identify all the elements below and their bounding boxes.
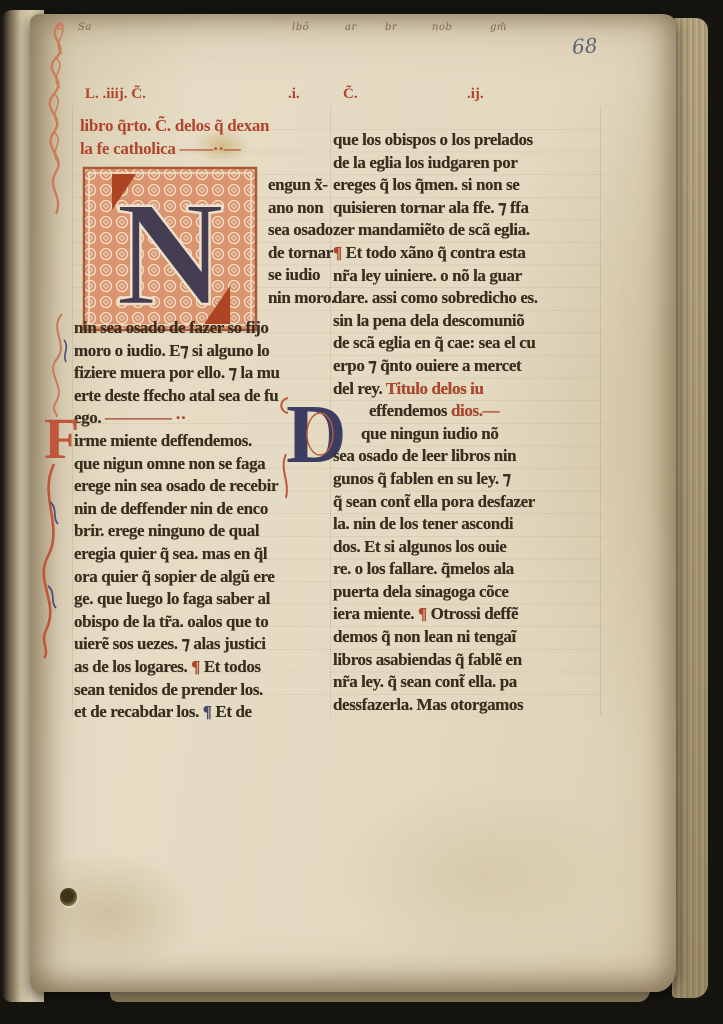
column-guide-line	[600, 106, 601, 716]
fore-edge-pages	[672, 18, 708, 998]
manuscript-line: la. nin de los tener ascondi	[333, 513, 538, 536]
wormhole	[60, 888, 77, 906]
ink-text: erpo ⁊ q̃nto ouiere a mercet	[333, 356, 521, 375]
manuscript-line: iera miente. ¶ Otrossi deffẽ	[333, 603, 538, 626]
ink-text: dos. Et si algunos los ouie	[333, 537, 506, 556]
running-header-mark: .i.	[288, 86, 300, 103]
ink-text: de tornar	[268, 243, 333, 262]
ink-text: et de recabdar los.	[74, 702, 203, 721]
initial-n-letter: N	[116, 171, 224, 332]
red-ink-text: ———— ··	[105, 408, 186, 427]
manuscript-line: fiziere muera por ello. ⁊ la mu	[74, 362, 280, 385]
ink-text: as de los logares.	[74, 657, 191, 676]
manuscript-line: ano non	[268, 197, 335, 220]
manuscript-line: ora quier q̃ sopier de algũ ere	[74, 566, 280, 589]
ink-text: erege nin sea osado de recebir	[74, 476, 278, 495]
ink-text: nin sea osado de fazer so fijo	[74, 318, 269, 337]
ink-text: sin la pena dela descomuniõ	[333, 311, 524, 330]
margin-annotation: lbõ	[292, 22, 309, 33]
blue-ink-text: ¶	[203, 702, 212, 721]
manuscript-line: uierẽ sos uezes. ⁊ alas justici	[74, 633, 280, 656]
manuscript-line: dare. assi como sobredicho es.	[333, 287, 538, 310]
rubric-line: libro q̃rto. C̃. delos q̃ dexan	[80, 114, 269, 137]
ink-text: nin moro.	[268, 288, 335, 307]
chapter-rubric: libro q̃rto. C̃. delos q̃ dexan la fe ca…	[80, 114, 269, 160]
ink-text: effendemos	[369, 401, 451, 420]
manuscript-line: nr̃a ley. q̃ sean cont̃ ella. pa	[333, 671, 538, 694]
manuscript-line: erpo ⁊ q̃nto ouiere a mercet	[333, 355, 538, 378]
ink-text: engun x̃-	[268, 175, 328, 194]
manuscript-line: re. o los fallare. q̃melos ala	[333, 558, 538, 581]
ink-text: fiziere muera por ello. ⁊ la mu	[74, 363, 280, 382]
ink-text: libros asabiendas q̃ fablẽ en	[333, 650, 522, 669]
red-ink-text: dios.—	[451, 401, 499, 420]
manuscript-line: obispo de la tr̃a. oalos que to	[74, 611, 280, 634]
manuscript-page: Sa lbõ ar br nob gm̃ 68 L. .iiij. C̃. .i…	[30, 14, 676, 992]
manuscript-line: ¶ Et todo xãno q̃ contra esta	[333, 242, 538, 265]
manuscript-line: ego. ———— ··	[74, 407, 280, 430]
ink-text: zer mandamiẽto de scã eglia.	[333, 220, 530, 239]
ink-text: moro o iudio. E⁊ si alguno lo	[74, 341, 269, 360]
manuscript-line: dos. Et si algunos los ouie	[333, 536, 538, 559]
margin-curl-icon	[40, 310, 80, 420]
ink-text: eregia quier q̃ sea. mas en q̃l	[74, 544, 267, 563]
ink-text: uierẽ sos uezes. ⁊ alas justici	[74, 634, 266, 653]
ink-text: ano non	[268, 198, 323, 217]
marginal-f-initial-icon: F	[32, 406, 78, 666]
ink-text: sean tenidos de prender los.	[74, 680, 263, 699]
manuscript-line: nin de deffender nin de enco	[74, 498, 280, 521]
ink-text: de scã eglia en q̃ cae: sea el cu	[333, 333, 536, 352]
ink-text: que ningun iudio nõ	[361, 424, 498, 443]
manuscript-line: sea osado	[268, 219, 335, 242]
manuscript-line: de tornar	[268, 242, 335, 265]
initial-f-letter: F	[44, 406, 78, 471]
manuscript-line: irme miente deffendemos.	[74, 430, 280, 453]
ink-text: ora quier q̃ sopier de algũ ere	[74, 567, 275, 586]
manuscript-line: sin la pena dela descomuniõ	[333, 310, 538, 333]
ink-text: brir. erege ninguno de qual	[74, 521, 259, 540]
manuscript-line: et de recabdar los. ¶ Et de	[74, 701, 280, 724]
manuscript-line: nin moro.	[268, 287, 335, 310]
ink-text: q̃ sean cont̃ ella pora desfazer	[333, 492, 535, 511]
manuscript-line: que ningun iudio nõ	[333, 423, 538, 446]
rubric-line: la fe catholica ——··—	[80, 137, 269, 160]
ink-text: del rey.	[333, 379, 386, 398]
manuscript-line: quisieren tornar ala ffe. ⁊ ffa	[333, 197, 538, 220]
manuscript-line: nr̃a ley uiniere. o nõ la guar	[333, 265, 538, 288]
margin-annotation: nob	[432, 22, 452, 33]
manuscript-line: eregia quier q̃ sea. mas en q̃l	[74, 543, 280, 566]
red-ink-text: ¶	[333, 243, 342, 262]
manuscript-line: que los obispos o los prelados	[333, 129, 538, 152]
ink-text: Otrossi deffẽ	[427, 604, 518, 623]
ink-text: sea osado	[268, 220, 333, 239]
initial-n-ornament-icon: N	[82, 166, 258, 332]
ink-text: Et de	[212, 702, 252, 721]
ink-text: que los obispos o los prelados	[333, 130, 533, 149]
margin-annotation: gm̃	[490, 22, 507, 33]
manuscript-line: erte deste ffecho atal sea de fu	[74, 385, 280, 408]
manuscript-line: del rey. Titulo delos iu	[333, 378, 538, 401]
ink-text: iera miente.	[333, 604, 418, 623]
ink-text: dessfazerla. Mas otorgamos	[333, 695, 523, 714]
manuscript-line: dessfazerla. Mas otorgamos	[333, 694, 538, 717]
manuscript-line: nin sea osado de fazer so fijo	[74, 317, 280, 340]
ink-text: quisieren tornar ala ffe. ⁊ ffa	[333, 198, 529, 217]
running-header-mark: .ij.	[467, 86, 484, 103]
ink-text: de la eglia los iudgaren por	[333, 153, 517, 172]
ink-text: sea osado de leer libros nin	[333, 446, 516, 465]
ink-text: que nigun omne non se faga	[74, 454, 265, 473]
manuscript-line: de scã eglia en q̃ cae: sea el cu	[333, 332, 538, 355]
manuscript-line: ereges q̃ los q̃men. si non se	[333, 174, 538, 197]
margin-annotation: br	[385, 22, 397, 33]
margin-vine-flourish-icon	[30, 18, 84, 228]
ink-text: puerta dela sinagoga cõce	[333, 582, 509, 601]
ink-text: irme miente deffendemos.	[74, 431, 252, 450]
red-ink-text: ¶	[418, 604, 427, 623]
manuscript-line: puerta dela sinagoga cõce	[333, 581, 538, 604]
manuscript-line: engun x̃-	[268, 174, 335, 197]
ink-text: dare. assi como sobredicho es.	[333, 288, 538, 307]
ink-text: la. nin de los tener ascondi	[333, 514, 513, 533]
running-header-mark: L. .iiij. C̃.	[85, 86, 146, 103]
ink-text: nr̃a ley uiniere. o nõ la guar	[333, 266, 522, 285]
red-ink-text: Titulo delos iu	[386, 379, 484, 398]
ink-text: gunos q̃ fablen en su ley. ⁊	[333, 469, 511, 488]
right-column-body: que los obispos o los preladosde la egli…	[333, 129, 538, 716]
manuscript-line: moro o iudio. E⁊ si alguno lo	[74, 340, 280, 363]
manuscript-line: effendemos dios.—	[333, 400, 538, 423]
manuscript-line: que nigun omne non se faga	[74, 453, 280, 476]
ink-text: erte deste ffecho atal sea de fu	[74, 386, 278, 405]
ink-text: ereges q̃ los q̃men. si non se	[333, 175, 519, 194]
ink-text: nin de deffender nin de enco	[74, 499, 268, 518]
manuscript-line: as de los logares. ¶ Et todos	[74, 656, 280, 679]
ink-text: se iudio	[268, 265, 320, 284]
manuscript-line: erege nin sea osado de recebir	[74, 475, 280, 498]
manuscript-line: gunos q̃ fablen en su ley. ⁊	[333, 468, 538, 491]
ink-text: Et todos	[200, 657, 261, 676]
ink-text: Et todo xãno q̃ contra esta	[342, 243, 526, 262]
manuscript-line: de la eglia los iudgaren por	[333, 152, 538, 175]
manuscript-line: zer mandamiẽto de scã eglia.	[333, 219, 538, 242]
ink-text: obispo de la tr̃a. oalos que to	[74, 612, 268, 631]
running-header-mark: C̃.	[343, 86, 358, 103]
manuscript-photo: Sa lbõ ar br nob gm̃ 68 L. .iiij. C̃. .i…	[0, 0, 723, 1024]
manuscript-line: ge. que luego lo faga saber al	[74, 588, 280, 611]
manuscript-line: brir. erege ninguno de qual	[74, 520, 280, 543]
ink-text: demos q̃ non lean ni tengaĩ	[333, 627, 516, 646]
red-ink-text: ¶	[191, 657, 200, 676]
ink-text: nr̃a ley. q̃ sean cont̃ ella. pa	[333, 672, 517, 691]
ink-text: ge. que luego lo faga saber al	[74, 589, 270, 608]
ink-text: re. o los fallare. q̃melos ala	[333, 559, 514, 578]
manuscript-line: q̃ sean cont̃ ella pora desfazer	[333, 491, 538, 514]
folio-number: 68	[571, 33, 598, 59]
manuscript-line: sea osado de leer libros nin	[333, 445, 538, 468]
manuscript-line: sean tenidos de prender los.	[74, 679, 280, 702]
left-column-initial-lines: engun x̃-ano nonsea osadode tornarse iud…	[268, 174, 335, 310]
manuscript-line: libros asabiendas q̃ fablẽ en	[333, 649, 538, 672]
margin-annotation: ar	[345, 22, 357, 33]
left-column-body: nin sea osado de fazer so fijomoro o iud…	[74, 317, 280, 724]
manuscript-line: se iudio	[268, 264, 335, 287]
manuscript-line: demos q̃ non lean ni tengaĩ	[333, 626, 538, 649]
